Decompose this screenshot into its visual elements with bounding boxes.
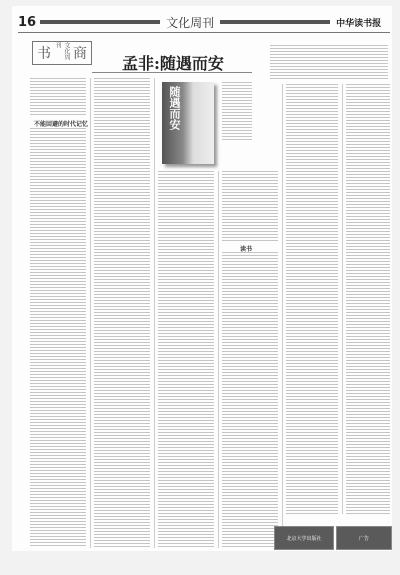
ad-right: 广告 [336, 526, 392, 550]
stamp-left-char: 书 [37, 43, 51, 63]
lead-paragraph [270, 45, 388, 79]
text-column-4 [222, 252, 278, 548]
text-column-1a [30, 78, 86, 116]
stamp-right-char: 商 [73, 43, 87, 63]
page-number: 16 [18, 15, 36, 30]
column-stamp: 书 文化周刊 商 [32, 41, 92, 65]
masthead-bar-right [220, 20, 330, 24]
text-column-6 [346, 84, 390, 514]
column-rule [342, 84, 343, 514]
text-column-2 [94, 78, 150, 548]
book-cover-image: 随遇而安 [162, 82, 214, 164]
newspaper-logo: 中华读书报 [336, 16, 381, 29]
text-column-1 [30, 128, 86, 548]
text-column-4a [222, 171, 278, 241]
headline-rule [92, 72, 252, 73]
stamp-label: 文化周刊 [53, 42, 71, 64]
subhead-1: 不能回避的时代记忆 [34, 119, 88, 128]
book-cover-title: 随遇而安 [166, 86, 182, 130]
ad-pku-press: 北京大学出版社 [274, 526, 334, 550]
masthead: 16 文化周刊 中华读书报 [18, 14, 390, 30]
text-column-5 [286, 84, 338, 514]
masthead-bar-left [40, 20, 160, 24]
column-rule [154, 78, 155, 548]
image-caption [222, 82, 252, 142]
headline: 孟非:随遇而安 [122, 51, 224, 74]
column-rule [90, 78, 91, 548]
column-rule [218, 171, 219, 548]
text-column-3 [158, 171, 214, 548]
newspaper-page: 16 文化周刊 中华读书报 书 文化周刊 商 孟非:随遇而安 随遇而安 不能回避… [12, 6, 392, 551]
section-title: 文化周刊 [166, 14, 214, 31]
column-rule [282, 84, 283, 548]
masthead-rule [18, 32, 390, 33]
